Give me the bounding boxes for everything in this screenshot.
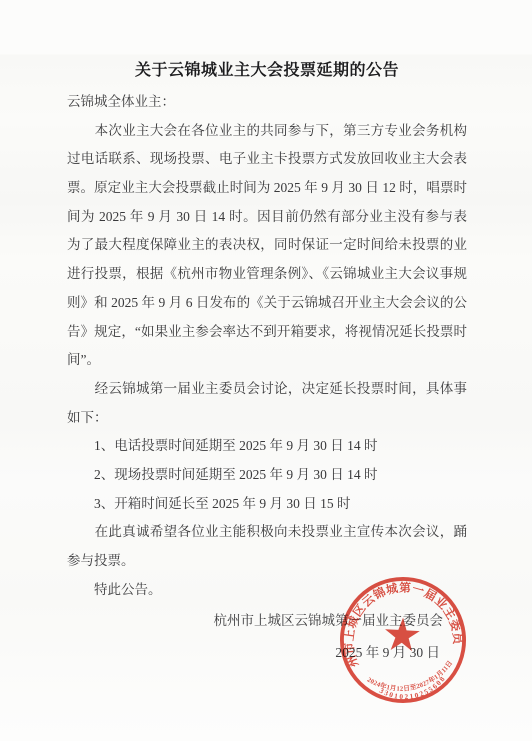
body-line: 3、开箱时间延长至 2025 年 9 月 30 日 15 时 xyxy=(67,490,467,519)
page-title: 关于云锦城业主大会投票延期的公告 xyxy=(67,0,467,81)
body-line: 间为 2025 年 9 月 30 日 14 时。因目前仍然有部分业主没有参与表决… xyxy=(67,203,467,232)
body-line: 票。原定业主大会投票截止时间为 2025 年 9 月 30 日 12 时，唱票时 xyxy=(67,174,467,203)
body-line: 为了最大程度保障业主的表决权，同时保证一定时间给未投票的业主 xyxy=(67,231,467,260)
body-line: 过电话联系、现场投票、电子业主卡投票方式发放回收业主大会表决 xyxy=(67,145,467,174)
salutation: 云锦城全体业主： xyxy=(67,88,467,117)
body-line: 进行投票，根据《杭州市物业管理条例》、《云锦城业主大会议事规 xyxy=(67,260,467,289)
official-seal-stamp: 杭州市上城区云锦城第一届业主委员会 2024年1月12日至2027年1月11日 … xyxy=(328,565,478,715)
body-line: 如下： xyxy=(67,404,467,433)
body-line: 告》规定，“如果业主参会率达不到开箱要求，将视情况延长投票时 xyxy=(67,318,467,347)
body-line: 则》和 2025 年 9 月 6 日发布的《关于云锦城召开业主大会会议的公 xyxy=(67,289,467,318)
body-line: 本次业主大会在各位业主的共同参与下，第三方专业会务机构通 xyxy=(67,117,467,146)
body-line: 在此真诚希望各位业主能积极向未投票业主宣传本次会议，踊跃 xyxy=(67,518,467,547)
document-body: 本次业主大会在各位业主的共同参与下，第三方专业会务机构通过电话联系、现场投票、电… xyxy=(67,117,467,605)
body-line: 1、电话投票时间延期至 2025 年 9 月 30 日 14 时 xyxy=(67,432,467,461)
body-line: 经云锦城第一届业主委员会讨论，决定延长投票时间，具体事项 xyxy=(67,375,467,404)
seal-star-icon xyxy=(383,615,423,656)
body-line: 2、现场投票时间延期至 2025 年 9 月 30 日 14 时 xyxy=(67,461,467,490)
seal-ring-text: 杭州市上城区云锦城第一届业主委员会 xyxy=(328,565,467,674)
body-line: 间”。 xyxy=(67,346,467,375)
